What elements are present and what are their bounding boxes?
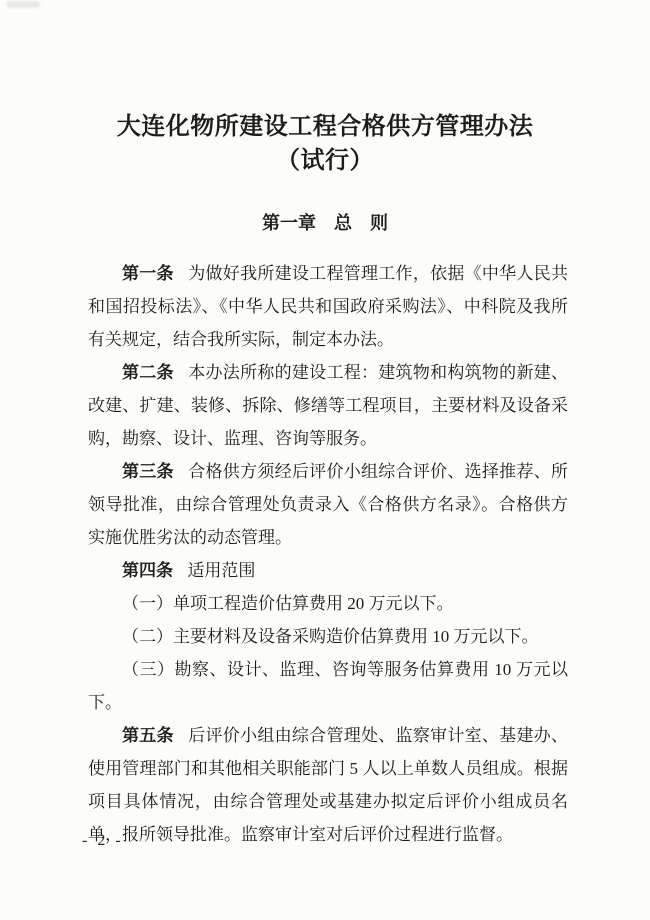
article-text: （三）勘察、设计、监理、咨询等服务估算费用 10 万元以下。 xyxy=(88,660,568,712)
chapter-heading: 第一章 总 则 xyxy=(0,212,650,234)
article-label: 第五条 xyxy=(122,726,174,745)
article-label: 第一条 xyxy=(122,264,174,283)
article-list-item-1: （一）单项工程造价估算费用 20 万元以下。 xyxy=(88,587,568,620)
page-number: - 2 - xyxy=(82,832,124,850)
article-paragraph-1: 第一条为做好我所建设工程管理工作，依据《中华人民共和国招投标法》、《中华人民共和… xyxy=(88,257,568,356)
document-page: 大连化物所建设工程合格供方管理办法 （试行） 第一章 总 则 第一条为做好我所建… xyxy=(0,0,650,920)
article-text: （二）主要材料及设备采购造价估算费用 10 万元以下。 xyxy=(122,627,539,646)
document-body: 第一条为做好我所建设工程管理工作，依据《中华人民共和国招投标法》、《中华人民共和… xyxy=(88,257,568,851)
scan-artifact xyxy=(6,1,40,8)
article-label: 第三条 xyxy=(122,462,174,481)
article-label: 第四条 xyxy=(122,561,173,580)
article-paragraph-3: 第三条合格供方须经后评价小组综合评价、选择推荐、所领导批准，由综合管理处负责录入… xyxy=(88,455,568,554)
article-paragraph-2: 第二条本办法所称的建设工程：建筑物和构筑物的新建、改建、扩建、装修、拆除、修缮等… xyxy=(88,356,568,455)
article-list-item-2: （二）主要材料及设备采购造价估算费用 10 万元以下。 xyxy=(88,620,568,653)
article-label: 第二条 xyxy=(122,363,174,382)
document-title-line2: （试行） xyxy=(0,144,650,178)
document-title: 大连化物所建设工程合格供方管理办法 （试行） xyxy=(0,0,650,178)
article-paragraph-5: 第五条后评价小组由综合管理处、监察审计室、基建办、使用管理部门和其他相关职能部门… xyxy=(88,719,568,851)
article-text: 适用范围 xyxy=(187,561,255,580)
article-paragraph-4: 第四条适用范围 xyxy=(88,554,568,587)
article-text: （一）单项工程造价估算费用 20 万元以下。 xyxy=(122,594,454,613)
document-title-line1: 大连化物所建设工程合格供方管理办法 xyxy=(0,110,650,144)
article-list-item-3: （三）勘察、设计、监理、咨询等服务估算费用 10 万元以下。 xyxy=(88,653,568,719)
